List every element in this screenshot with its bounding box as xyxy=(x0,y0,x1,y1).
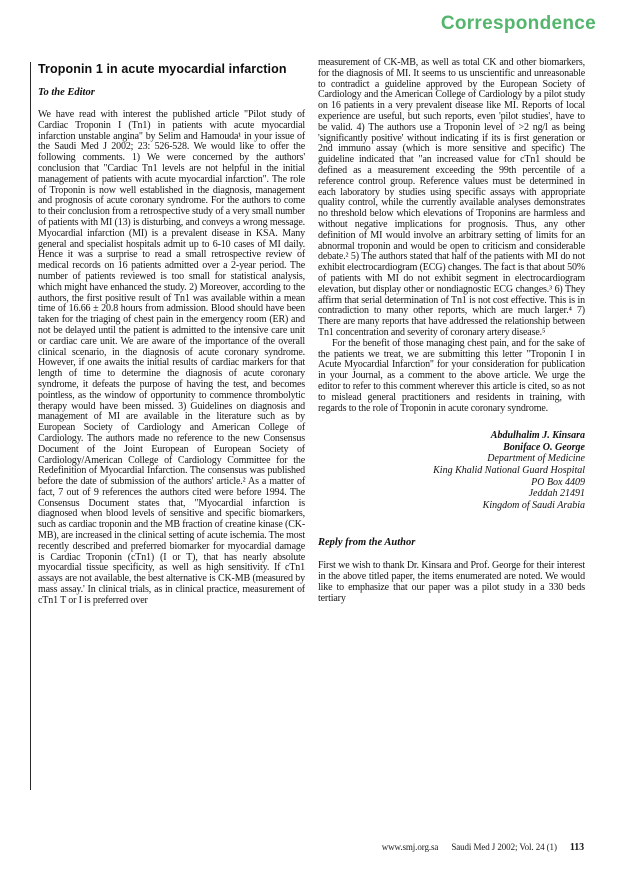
left-column: Troponin 1 in acute myocardial infarctio… xyxy=(38,58,305,607)
letter-body-left: We have read with interest the published… xyxy=(38,110,305,607)
signature-affiliation-city: Jeddah 21491 xyxy=(318,488,585,500)
signature-author-2: Boniface O. George xyxy=(318,442,585,454)
signature-affiliation-department: Department of Medicine xyxy=(318,453,585,465)
section-header-correspondence: Correspondence xyxy=(441,13,596,35)
salutation-to-the-editor: To the Editor xyxy=(38,87,305,98)
journal-page: Correspondence Troponin 1 in acute myoca… xyxy=(0,0,620,877)
letter-body-right-p2: For the benefit of those managing chest … xyxy=(318,339,585,415)
signature-author-1: Abdulhalim J. Kinsara xyxy=(318,430,585,442)
reply-body: First we wish to thank Dr. Kinsara and P… xyxy=(318,561,585,604)
letter-body-right-p1: measurement of CK-MB, as well as total C… xyxy=(318,58,585,339)
letter-title: Troponin 1 in acute myocardial infarctio… xyxy=(38,62,305,76)
footer-page-number: 113 xyxy=(570,842,584,853)
footer-journal-url: www.smj.org.sa xyxy=(382,842,439,852)
right-column: measurement of CK-MB, as well as total C… xyxy=(318,58,585,605)
page-footer: www.smj.org.sa Saudi Med J 2002; Vol. 24… xyxy=(382,842,584,853)
left-margin-rule xyxy=(30,62,31,790)
reply-heading: Reply from the Author xyxy=(318,537,585,548)
signature-block: Abdulhalim J. Kinsara Boniface O. George… xyxy=(318,430,585,511)
signature-affiliation-hospital: King Khalid National Guard Hospital xyxy=(318,465,585,477)
signature-affiliation-country: Kingdom of Saudi Arabia xyxy=(318,500,585,512)
footer-citation: Saudi Med J 2002; Vol. 24 (1) xyxy=(451,842,557,852)
signature-affiliation-pobox: PO Box 4409 xyxy=(318,477,585,489)
